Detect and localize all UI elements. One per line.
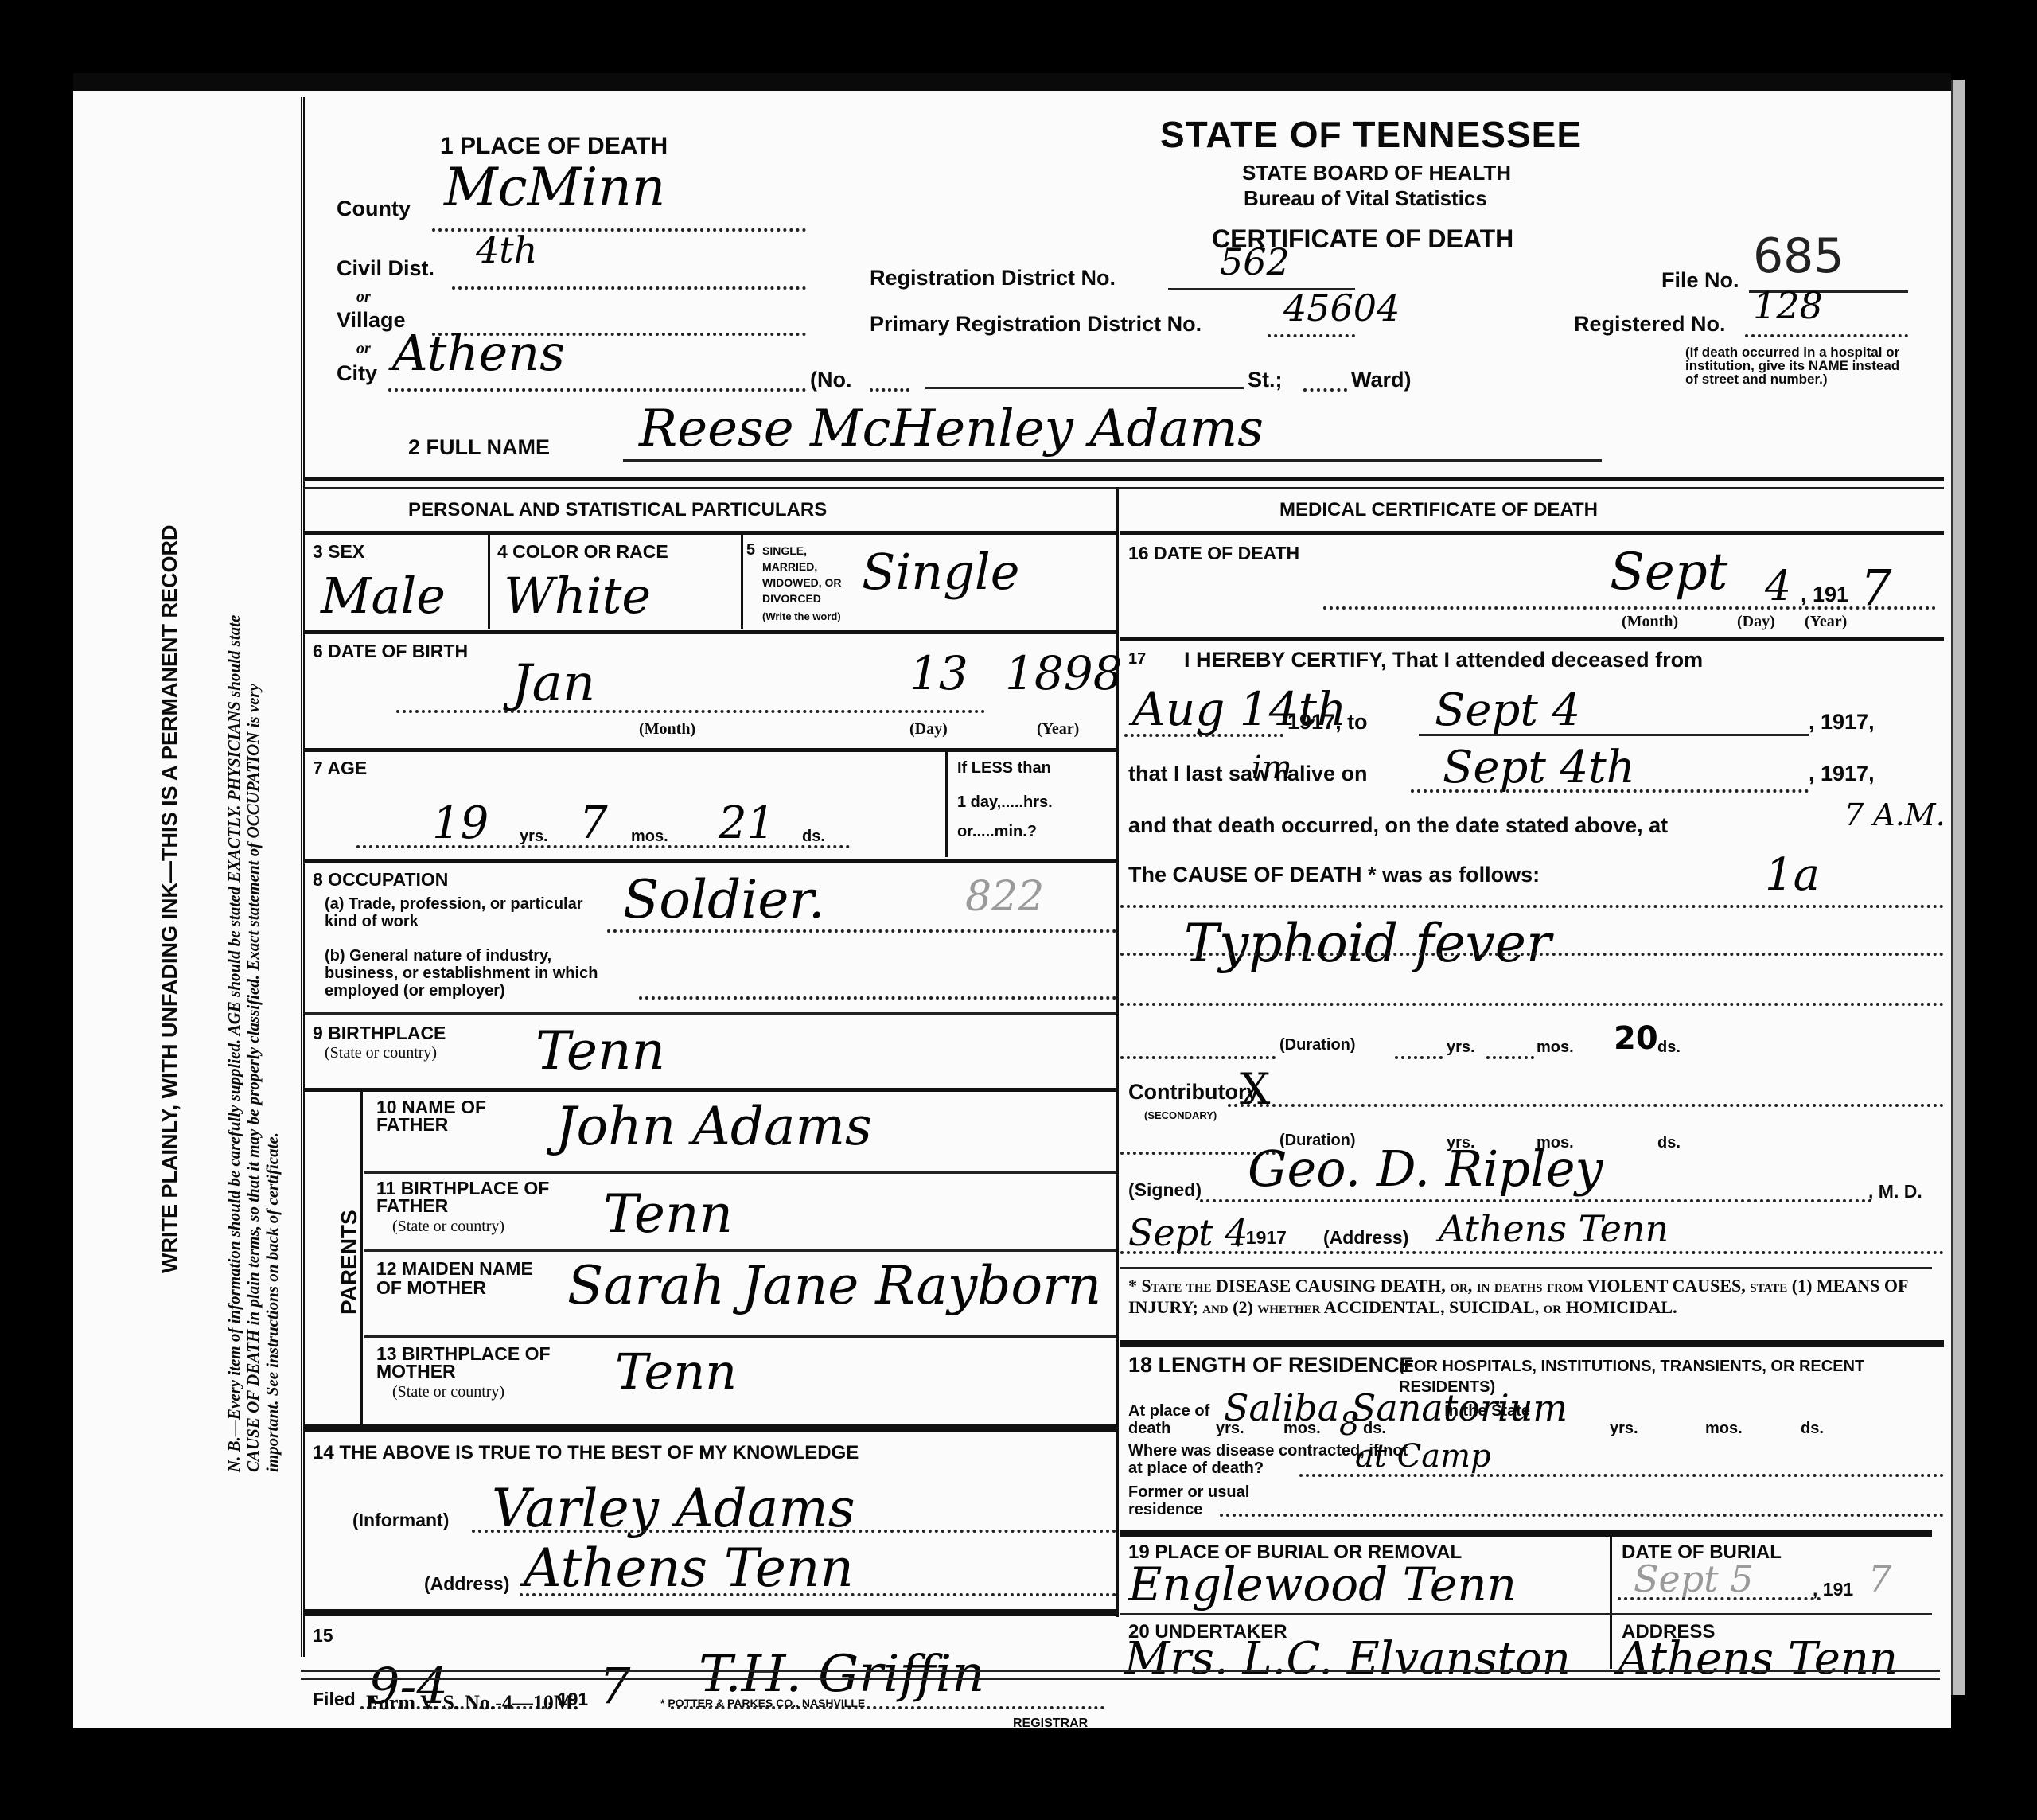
marital-num: 5	[746, 541, 755, 559]
state-yrs: yrs.	[1610, 1420, 1638, 1438]
board-title: STATE BOARD OF HEALTH	[1242, 161, 1511, 185]
father-name-label: 10 NAME OF FATHER	[376, 1098, 536, 1133]
age-days[interactable]: 21	[719, 797, 775, 849]
certify-text: I HEREBY CERTIFY, That I attended deceas…	[1184, 648, 1703, 672]
informant-label: (Informant)	[352, 1510, 449, 1531]
signed-year: , 1917	[1236, 1227, 1287, 1249]
place-of-death-heading: 1 PLACE OF DEATH	[440, 133, 668, 160]
father-birthplace-sub: (State or country)	[392, 1218, 504, 1236]
primary-district-label: Primary Registration District No.	[870, 312, 1202, 337]
dob-label: 6 DATE OF BIRTH	[313, 641, 468, 662]
burial-year[interactable]: 7	[1868, 1557, 1891, 1600]
occupation-code: 822	[965, 873, 1044, 921]
margin-note-3: important. See instructions on back of c…	[263, 1132, 282, 1472]
marital-label: SINGLE, MARRIED, WIDOWED, OR DIVORCED	[762, 543, 850, 606]
father-birthplace-value[interactable]: Tenn	[603, 1183, 733, 1245]
contributory-sub: (SECONDARY)	[1144, 1109, 1217, 1121]
last-saw-date[interactable]: Sept 4th	[1443, 742, 1635, 793]
birthplace-sub: (State or country)	[325, 1044, 437, 1062]
death-certificate-form: 1 PLACE OF DEATH County McMinn Civil Dis…	[301, 97, 1944, 1657]
filed-num: 15	[313, 1625, 333, 1647]
cause-label: The CAUSE OF DEATH * was as follows:	[1128, 863, 1540, 887]
to-year: , 1917,	[1809, 710, 1875, 735]
father-birthplace-label: 11 BIRTHPLACE OF FATHER	[376, 1179, 559, 1214]
dod-year-prefix: , 191	[1801, 583, 1848, 607]
county-label: County	[337, 197, 411, 221]
or-label: or	[356, 340, 371, 358]
race-value[interactable]: White	[504, 567, 651, 625]
occupation-label: 8 OCCUPATION	[313, 869, 448, 891]
personal-section-title: PERSONAL AND STATISTICAL PARTICULARS	[408, 499, 827, 521]
reg-district-label: Registration District No.	[870, 266, 1116, 290]
birthplace-label: 9 BIRTHPLACE	[313, 1023, 446, 1044]
age-years[interactable]: 19	[432, 797, 489, 849]
mother-birthplace-label: 13 BIRTHPLACE OF MOTHER	[376, 1345, 559, 1380]
occupation-value[interactable]: Soldier.	[623, 869, 825, 930]
death-occurred-text: and that death occurred, on the date sta…	[1128, 813, 1668, 838]
occupation-a-label: (a) Trade, profession, or particular kin…	[325, 895, 619, 930]
informant-address-label: (Address)	[424, 1573, 509, 1595]
hospital-note: (If death occurred in a hospital or inst…	[1685, 345, 1908, 386]
state-mos: mos.	[1705, 1420, 1743, 1438]
race-label: 4 COLOR OR RACE	[497, 541, 668, 563]
or-label: or	[356, 288, 371, 306]
printer-credit: * POTTER & PARKES CO., NASHVILLE	[660, 1697, 865, 1709]
dod-year-caption: (Year)	[1805, 613, 1847, 631]
burial-year-prefix: , 191	[1813, 1579, 1853, 1600]
sex-label: 3 SEX	[313, 541, 364, 563]
in-state-label: In the State	[1443, 1402, 1530, 1420]
death-time[interactable]: 7 A.M.	[1844, 797, 1945, 832]
state-ds: ds.	[1801, 1420, 1824, 1438]
margin-note-1: N. B.—Every item of information should b…	[224, 615, 244, 1472]
file-no-value[interactable]: 685	[1753, 228, 1844, 284]
year-caption: (Year)	[1037, 720, 1079, 739]
sex-value[interactable]: Male	[321, 567, 446, 625]
civil-dist-value[interactable]: 4th	[476, 228, 537, 271]
cause-code: 1a	[1765, 849, 1820, 901]
marital-note: (Write the word)	[762, 610, 841, 622]
month-caption: (Month)	[639, 720, 695, 739]
less-than-label: If LESS than	[957, 759, 1051, 777]
registered-no-value[interactable]: 128	[1753, 284, 1823, 327]
dod-day-caption: (Day)	[1737, 613, 1775, 631]
age-months[interactable]: 7	[579, 797, 608, 849]
signed-date[interactable]: Sept 4	[1128, 1211, 1248, 1254]
less-than-hrs: 1 day,.....hrs.	[957, 793, 1053, 812]
ward-label: Ward)	[1351, 368, 1412, 392]
from-year: 1917, to	[1287, 710, 1368, 735]
alive-on-label: alive on	[1287, 762, 1368, 786]
filed-label: Filed	[313, 1689, 356, 1710]
mother-name-label: 12 MAIDEN NAME OF MOTHER	[376, 1259, 559, 1297]
day-caption: (Day)	[909, 720, 948, 739]
duration-yrs: yrs.	[1447, 1039, 1475, 1057]
duration-mos: mos.	[1537, 1039, 1574, 1057]
medical-section-title: MEDICAL CERTIFICATE OF DEATH	[1279, 499, 1598, 521]
md-label: , M. D.	[1868, 1181, 1922, 1202]
city-value[interactable]: Athens	[392, 324, 565, 382]
registrar-signature[interactable]: T.H. Griffin	[699, 1645, 984, 1704]
dob-year[interactable]: 1898	[1005, 646, 1123, 700]
contrib-duration-ds: ds.	[1657, 1134, 1681, 1152]
informant-heading: 14 THE ABOVE IS TRUE TO THE BEST OF MY K…	[313, 1442, 859, 1464]
registrar-label: REGISTRAR	[1013, 1717, 1088, 1731]
mother-birthplace-value[interactable]: Tenn	[615, 1343, 737, 1401]
registered-no-label: Registered No.	[1574, 312, 1726, 337]
cause-footnote: * State the DISEASE CAUSING DEATH, or, i…	[1128, 1275, 1932, 1318]
last-saw-pronoun[interactable]: im	[1252, 750, 1292, 786]
duration-ds: ds.	[1657, 1039, 1681, 1057]
ds-caption: ds.	[802, 828, 825, 846]
informant-address-value[interactable]: Athens Tenn	[524, 1537, 854, 1599]
yrs-caption: yrs.	[520, 828, 548, 846]
residence-heading: 18 LENGTH OF RESIDENCE	[1128, 1353, 1414, 1378]
duration-label: (Duration)	[1279, 1036, 1356, 1054]
certify-num: 17	[1128, 650, 1146, 668]
contributory-label: Contributory	[1128, 1080, 1258, 1105]
burial-place-value[interactable]: Englewood Tenn	[1128, 1557, 1517, 1611]
less-than-min: or.....min.?	[957, 823, 1037, 841]
dob-month[interactable]: Jan	[512, 654, 595, 713]
county-value[interactable]: McMinn	[444, 157, 665, 218]
dod-label: 16 DATE OF DEATH	[1128, 543, 1299, 564]
place-yrs: yrs.	[1216, 1420, 1244, 1438]
street-no-label: (No.	[810, 368, 851, 392]
form-number: Form V. S. No.-4—10M.	[366, 1691, 578, 1715]
paper-edge	[1951, 80, 1965, 1695]
signed-label: (Signed)	[1128, 1179, 1202, 1201]
filed-year[interactable]: 7	[599, 1657, 630, 1715]
occupation-b-label: (b) General nature of industry, business…	[325, 947, 627, 1000]
physician-address[interactable]: Athens Tenn	[1439, 1207, 1669, 1250]
margin-note-2: CAUSE OF DEATH in plain terms, so that i…	[243, 684, 263, 1472]
parents-label: PARENTS	[337, 1210, 362, 1315]
reg-district-value[interactable]: 562	[1220, 240, 1290, 283]
place-mos: mos.	[1283, 1420, 1321, 1438]
physician-signature[interactable]: Geo. D. Ripley	[1248, 1140, 1603, 1198]
age-label: 7 AGE	[313, 758, 367, 779]
state-title: STATE OF TENNESSEE	[1160, 113, 1582, 156]
contracted-value[interactable]: at Camp	[1355, 1438, 1491, 1475]
dob-day[interactable]: 13	[909, 646, 968, 700]
marital-value[interactable]: Single	[862, 543, 1019, 601]
burial-date-value[interactable]: Sept 5	[1634, 1557, 1754, 1600]
last-saw-year: , 1917,	[1809, 762, 1875, 786]
mother-name-value[interactable]: Sarah Jane Rayborn	[567, 1255, 1101, 1316]
mother-birthplace-sub: (State or country)	[392, 1383, 504, 1401]
father-name-value[interactable]: John Adams	[555, 1096, 872, 1157]
street-label: St.;	[1248, 368, 1283, 392]
full-name-value[interactable]: Reese McHenley Adams	[639, 399, 1264, 458]
full-name-label: 2 FULL NAME	[408, 435, 550, 460]
place-ds: ds.	[1363, 1420, 1386, 1438]
file-no-label: File No.	[1661, 268, 1739, 293]
primary-district-value[interactable]: 45604	[1283, 286, 1400, 329]
city-label: City	[337, 361, 377, 386]
birthplace-value[interactable]: Tenn	[536, 1020, 665, 1081]
civil-dist-label: Civil Dist.	[337, 256, 434, 281]
cause-value[interactable]: Typhoid fever	[1184, 913, 1552, 974]
bureau-title: Bureau of Vital Statistics	[1244, 186, 1487, 211]
attended-to[interactable]: Sept 4	[1435, 684, 1580, 736]
dod-month-caption: (Month)	[1622, 613, 1678, 631]
physician-address-label: (Address)	[1323, 1227, 1408, 1249]
dod-day[interactable]: 4	[1765, 563, 1791, 610]
mos-caption: mos.	[631, 828, 668, 846]
margin-permanent-record: WRITE PLAINLY, WITH UNFADING INK—THIS IS…	[158, 524, 182, 1273]
duration-days[interactable]: 20	[1614, 1020, 1658, 1057]
dod-month[interactable]: Sept	[1610, 543, 1727, 602]
